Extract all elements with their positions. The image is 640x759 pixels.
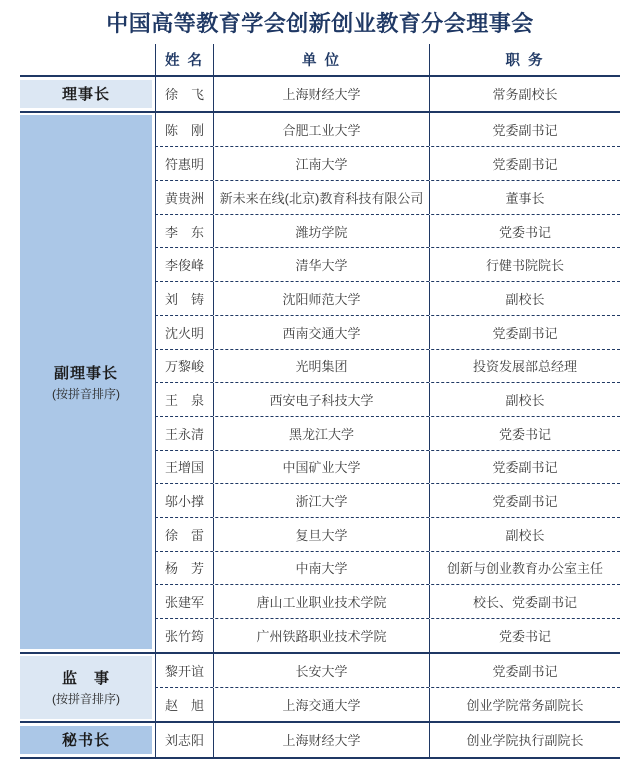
member-organization: 光明集团 — [213, 350, 429, 383]
member-position: 副校长 — [429, 282, 620, 315]
member-name: 王永清 — [155, 417, 213, 450]
section-label: 监 事 — [62, 667, 110, 688]
member-name: 黄贵洲 — [155, 181, 213, 214]
header-role-spacer — [20, 44, 155, 75]
member-row: 陈 刚 合肥工业大学 党委副书记 — [155, 113, 620, 147]
section-rows: 陈 刚 合肥工业大学 党委副书记 符惠明 江南大学 党委副书记 黄贵洲 新未来在… — [155, 113, 620, 652]
member-organization: 新未来在线(北京)教育科技有限公司 — [213, 181, 429, 214]
member-organization: 上海财经大学 — [213, 77, 429, 111]
section-rows: 徐 飞 上海财经大学 常务副校长 — [155, 77, 620, 111]
member-name: 杨 芳 — [155, 552, 213, 585]
member-position: 行健书院院长 — [429, 248, 620, 281]
member-row: 刘 铸 沈阳师范大学 副校长 — [155, 281, 620, 315]
section-label: 理事长 — [62, 83, 110, 104]
member-name: 张竹筠 — [155, 619, 213, 652]
section-rows: 刘志阳 上海财经大学 创业学院执行副院长 — [155, 723, 620, 757]
section-label-background: 副理事长 (按拼音排序) — [20, 115, 152, 649]
page-title: 中国高等教育学会创新创业教育分会理事会 — [0, 7, 640, 38]
section-label: 副理事长 — [54, 362, 118, 383]
member-organization: 黑龙江大学 — [213, 417, 429, 450]
section-label-cell: 秘书长 — [20, 723, 155, 757]
member-row: 沈火明 西南交通大学 党委副书记 — [155, 315, 620, 349]
council-table: 姓 名 单 位 职 务 理事长 徐 飞 上海财经大学 常务副校长 副理事长 (按… — [20, 44, 620, 759]
section-label: 秘书长 — [62, 729, 110, 750]
member-position: 董事长 — [429, 181, 620, 214]
member-position: 党委副书记 — [429, 484, 620, 517]
member-name: 徐 雷 — [155, 518, 213, 551]
member-name: 徐 飞 — [155, 77, 213, 111]
member-name: 张建军 — [155, 585, 213, 618]
member-position: 党委书记 — [429, 215, 620, 248]
council-section: 监 事 (按拼音排序) 黎开谊 长安大学 党委副书记 赵 旭 上海交通大学 创业… — [20, 654, 620, 723]
member-position: 党委书记 — [429, 619, 620, 652]
member-name: 王 泉 — [155, 383, 213, 416]
member-row: 万黎峻 光明集团 投资发展部总经理 — [155, 349, 620, 383]
member-organization: 西南交通大学 — [213, 316, 429, 349]
member-organization: 潍坊学院 — [213, 215, 429, 248]
member-position: 副校长 — [429, 383, 620, 416]
member-name: 李俊峰 — [155, 248, 213, 281]
member-name: 赵 旭 — [155, 688, 213, 721]
member-position: 党委副书记 — [429, 316, 620, 349]
member-row: 张建军 唐山工业职业技术学院 校长、党委副书记 — [155, 584, 620, 618]
section-sublabel: (按拼音排序) — [52, 690, 120, 707]
member-position: 党委书记 — [429, 417, 620, 450]
member-name: 黎开谊 — [155, 654, 213, 688]
member-position: 党委副书记 — [429, 451, 620, 484]
member-row: 李俊峰 清华大学 行健书院院长 — [155, 247, 620, 281]
section-label-background: 秘书长 — [20, 726, 152, 755]
section-rows: 黎开谊 长安大学 党委副书记 赵 旭 上海交通大学 创业学院常务副院长 — [155, 654, 620, 721]
member-row: 徐 飞 上海财经大学 常务副校长 — [155, 77, 620, 111]
member-position: 投资发展部总经理 — [429, 350, 620, 383]
member-position: 党委副书记 — [429, 113, 620, 147]
member-row: 徐 雷 复旦大学 副校长 — [155, 517, 620, 551]
member-row: 邬小撑 浙江大学 党委副书记 — [155, 483, 620, 517]
page: 中国高等教育学会创新创业教育分会理事会 姓 名 单 位 职 务 理事长 徐 飞 … — [0, 0, 640, 759]
member-row: 符惠明 江南大学 党委副书记 — [155, 146, 620, 180]
member-row: 王 泉 西安电子科技大学 副校长 — [155, 382, 620, 416]
member-row: 黄贵洲 新未来在线(北京)教育科技有限公司 董事长 — [155, 180, 620, 214]
member-name: 沈火明 — [155, 316, 213, 349]
council-section: 秘书长 刘志阳 上海财经大学 创业学院执行副院长 — [20, 723, 620, 759]
member-row: 杨 芳 中南大学 创新与创业教育办公室主任 — [155, 551, 620, 585]
member-row: 王增国 中国矿业大学 党委副书记 — [155, 450, 620, 484]
member-name: 刘志阳 — [155, 723, 213, 757]
member-organization: 复旦大学 — [213, 518, 429, 551]
member-position: 党委副书记 — [429, 147, 620, 180]
header-position: 职 务 — [429, 44, 620, 75]
member-row: 张竹筠 广州铁路职业技术学院 党委书记 — [155, 618, 620, 652]
section-label-cell: 监 事 (按拼音排序) — [20, 654, 155, 721]
member-row: 黎开谊 长安大学 党委副书记 — [155, 654, 620, 688]
member-row: 王永清 黑龙江大学 党委书记 — [155, 416, 620, 450]
member-organization: 江南大学 — [213, 147, 429, 180]
member-organization: 浙江大学 — [213, 484, 429, 517]
member-organization: 唐山工业职业技术学院 — [213, 585, 429, 618]
member-organization: 中国矿业大学 — [213, 451, 429, 484]
member-organization: 中南大学 — [213, 552, 429, 585]
member-organization: 上海财经大学 — [213, 723, 429, 757]
section-label-cell: 理事长 — [20, 77, 155, 111]
member-name: 邬小撑 — [155, 484, 213, 517]
member-row: 李 东 潍坊学院 党委书记 — [155, 214, 620, 248]
member-position: 常务副校长 — [429, 77, 620, 111]
member-position: 党委副书记 — [429, 654, 620, 688]
member-row: 赵 旭 上海交通大学 创业学院常务副院长 — [155, 687, 620, 721]
member-organization: 西安电子科技大学 — [213, 383, 429, 416]
council-section: 理事长 徐 飞 上海财经大学 常务副校长 — [20, 77, 620, 113]
member-organization: 上海交通大学 — [213, 688, 429, 721]
member-organization: 长安大学 — [213, 654, 429, 688]
section-label-cell: 副理事长 (按拼音排序) — [20, 113, 155, 652]
member-organization: 沈阳师范大学 — [213, 282, 429, 315]
table-header-row: 姓 名 单 位 职 务 — [20, 44, 620, 77]
member-position: 创新与创业教育办公室主任 — [429, 552, 620, 585]
table-body: 理事长 徐 飞 上海财经大学 常务副校长 副理事长 (按拼音排序) 陈 刚 合肥… — [20, 77, 620, 759]
member-name: 李 东 — [155, 215, 213, 248]
member-position: 创业学院执行副院长 — [429, 723, 620, 757]
header-organization: 单 位 — [213, 44, 429, 75]
member-organization: 广州铁路职业技术学院 — [213, 619, 429, 652]
member-name: 符惠明 — [155, 147, 213, 180]
header-name: 姓 名 — [155, 44, 213, 75]
section-label-background: 监 事 (按拼音排序) — [20, 656, 152, 718]
member-organization: 合肥工业大学 — [213, 113, 429, 147]
member-position: 副校长 — [429, 518, 620, 551]
member-name: 万黎峻 — [155, 350, 213, 383]
member-position: 创业学院常务副院长 — [429, 688, 620, 721]
member-name: 王增国 — [155, 451, 213, 484]
member-name: 陈 刚 — [155, 113, 213, 147]
section-label-background: 理事长 — [20, 80, 152, 109]
section-sublabel: (按拼音排序) — [52, 385, 120, 402]
member-name: 刘 铸 — [155, 282, 213, 315]
member-row: 刘志阳 上海财经大学 创业学院执行副院长 — [155, 723, 620, 757]
member-position: 校长、党委副书记 — [429, 585, 620, 618]
council-section: 副理事长 (按拼音排序) 陈 刚 合肥工业大学 党委副书记 符惠明 江南大学 党… — [20, 113, 620, 654]
member-organization: 清华大学 — [213, 248, 429, 281]
